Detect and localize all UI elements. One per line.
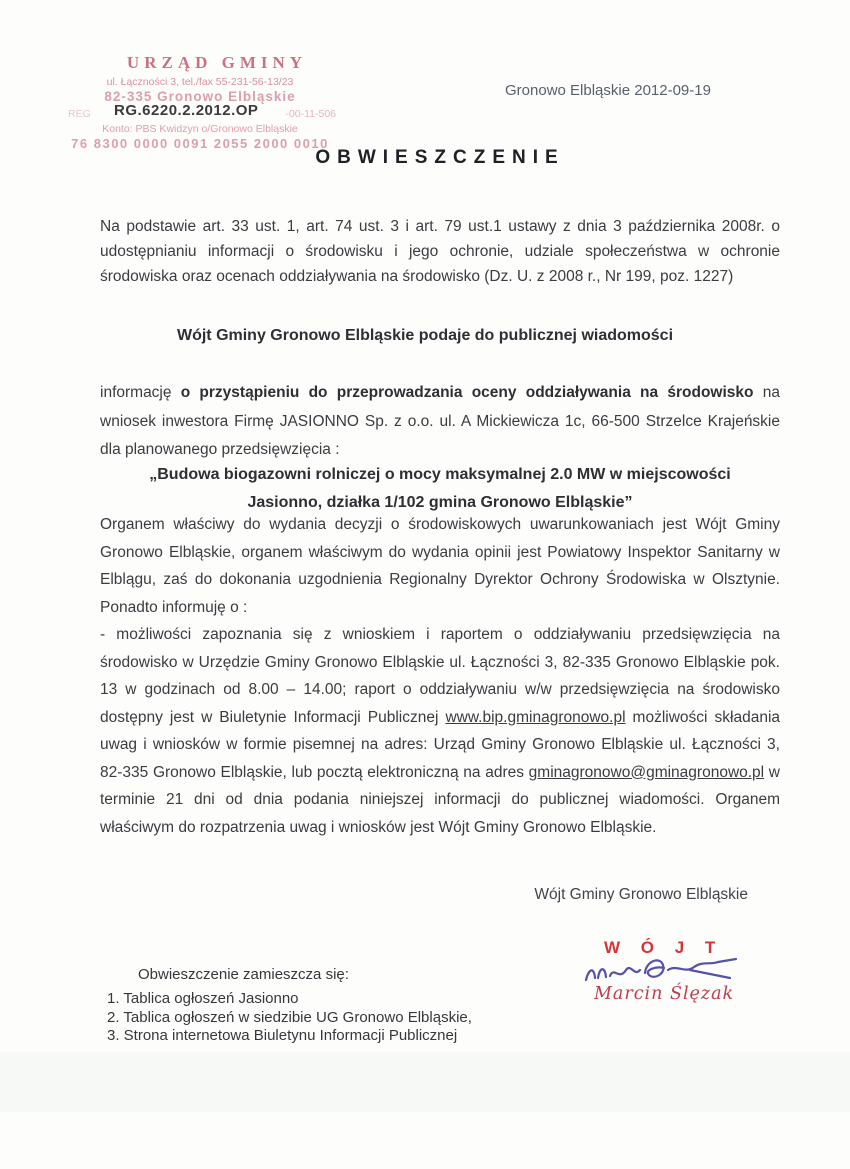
scan-artifact xyxy=(0,1052,850,1112)
signature-stamp: W Ó J T Marcin Ślęzak xyxy=(594,938,794,1004)
intro-bold-fragment: o przystąpieniu do przeprowadzania oceny… xyxy=(181,384,754,401)
distribution-item: 3. Strona internetowa Biuletynu Informac… xyxy=(107,1027,472,1046)
office-stamp: URZĄD GMINY ul. Łączności 3, tel./fax 55… xyxy=(62,53,338,152)
project-title-line1: „Budowa biogazowni rolniczej o mocy maks… xyxy=(100,461,780,489)
bip-website-link[interactable]: www.bip.gminagronowo.pl xyxy=(445,709,625,726)
typed-signature: Wójt Gminy Gronowo Elbląskie xyxy=(100,886,748,904)
email-link[interactable]: gminagronowo@gminagronowo.pl xyxy=(529,764,764,781)
distribution-item: 2. Tablica ogłoszeń w siedzibie UG Grono… xyxy=(107,1009,472,1028)
legal-basis-paragraph: Na podstawie art. 33 ust. 1, art. 74 ust… xyxy=(100,214,780,289)
distribution-item: 1. Tablica ogłoszeń Jasionno xyxy=(107,990,472,1009)
stamp-address: ul. Łączności 3, tel./fax 55-231-56-13/2… xyxy=(62,76,338,88)
intro-paragraph: informację o przystąpieniu do przeprowad… xyxy=(100,379,780,465)
subheading: Wójt Gminy Gronowo Elbląskie podaje do p… xyxy=(85,327,765,345)
stamp-regon-prefix: REG xyxy=(68,108,91,120)
scanned-document-page: URZĄD GMINY ul. Łączności 3, tel./fax 55… xyxy=(0,0,850,1169)
stamp-bank-line: Konto: PBS Kwidzyn o/Gronowo Elbląskie xyxy=(62,123,338,135)
stamp-org-name: URZĄD GMINY xyxy=(96,53,338,73)
stamp-regon-line: REG -00-11-506 RG.6220.2.2012.OP xyxy=(62,106,338,120)
project-title: „Budowa biogazowni rolniczej o mocy maks… xyxy=(100,461,780,517)
place-and-date: Gronowo Elbląskie 2012-09-19 xyxy=(505,82,711,99)
distribution-heading: Obwieszczenie zamieszcza się: xyxy=(138,966,472,983)
document-title: OBWIESZCZENIE xyxy=(100,147,780,169)
intro-start: informację xyxy=(100,384,181,401)
body-part1: Organem właściwy do wydania decyzji o śr… xyxy=(100,516,780,616)
handwritten-signature xyxy=(578,954,748,992)
case-number: RG.6220.2.2012.OP xyxy=(114,102,258,119)
body-paragraph: Organem właściwy do wydania decyzji o śr… xyxy=(100,511,780,841)
distribution-list: Obwieszczenie zamieszcza się: 1. Tablica… xyxy=(107,966,472,1046)
stamp-regon-suffix: -00-11-506 xyxy=(285,108,336,120)
